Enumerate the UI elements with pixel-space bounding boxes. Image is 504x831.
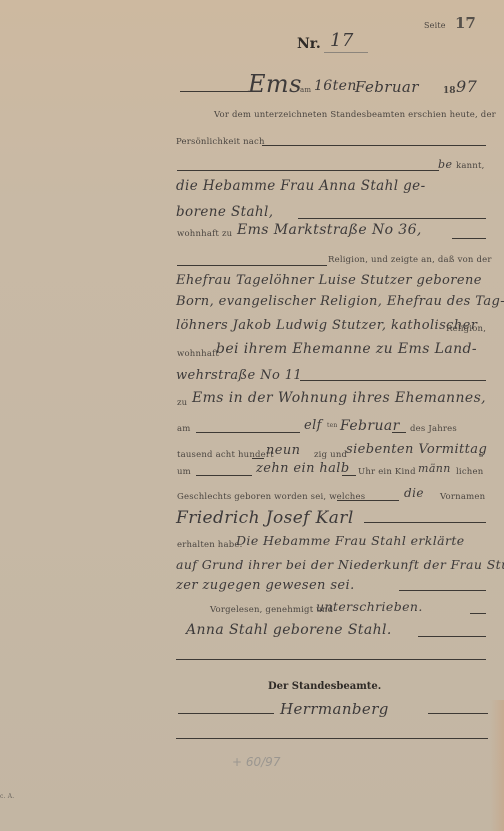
approval-fill-line: [470, 613, 486, 614]
date-month: Februar: [355, 78, 419, 96]
gender-hand: männ: [418, 462, 451, 475]
birthplace-label: zu: [177, 398, 187, 408]
names-hand: die: [404, 486, 424, 500]
informant-line-fill: [298, 218, 486, 219]
year-suffix: s: [479, 450, 484, 460]
mother-line-2: Born, evangelischer Religion, Ehefrau de…: [176, 294, 504, 309]
date-day-value: elf: [304, 418, 322, 433]
remark-line-3: zer zugegen gewesen sei.: [176, 578, 355, 593]
residence-line-fill: [452, 238, 486, 239]
informant-line-1: die Hebamme Frau Anna Stahl ge-: [176, 178, 426, 194]
birthplace-value: Ems in der Wohnung ihres Ehemannes,: [192, 390, 486, 406]
religion-label-2: Religion,: [446, 324, 486, 334]
mother-residence-line-2: wehrstraße No 11: [176, 368, 302, 383]
residence-value: Ems Marktstraße No 36,: [237, 222, 422, 238]
paper-edge-stain: [490, 700, 504, 831]
child-label: Uhr ein Kind: [358, 467, 416, 477]
residence-label: wohnhaft zu: [177, 229, 232, 239]
gender-suffix: lichen: [456, 467, 483, 477]
religion-label: Religion, und zeigte an, daß von der: [328, 255, 492, 265]
entry-label: Nr.: [297, 36, 321, 52]
mother-residence-line-fill: [300, 380, 486, 381]
remark-fill-line: [399, 590, 486, 591]
child-names: Friedrich Josef Karl: [176, 508, 354, 528]
names-label: Vornamen: [440, 492, 485, 502]
official-signature-fill-line: [428, 713, 488, 714]
date-label: am: [177, 424, 191, 434]
official-signature-lead-line: [178, 713, 274, 714]
identity-label: Persönlichkeit nach: [176, 137, 265, 147]
year-handwritten: 97: [456, 77, 477, 96]
date-month-value: Februar: [340, 418, 400, 434]
place: Ems: [248, 70, 302, 98]
remark-line-2: auf Grund ihrer bei der Niederkunft der …: [176, 557, 504, 572]
religion-line: [177, 265, 327, 266]
year-hand-1: neun: [266, 443, 300, 458]
identity-line: [262, 145, 486, 146]
form-closing-rule: [176, 659, 486, 660]
mother-residence-line-1: bei ihrem Ehemanne zu Ems Land-: [216, 341, 477, 357]
year-label: des Jahres: [410, 424, 457, 434]
footer-bottom-rule: [176, 738, 488, 739]
time-value: zehn ein halb: [256, 461, 350, 476]
mother-line-1: Ehefrau Tagelöhner Luise Stutzer geboren…: [176, 273, 482, 288]
informant-signature: Anna Stahl geborene Stahl.: [186, 622, 392, 638]
approval-hand: unterschrieben.: [316, 599, 423, 614]
approval-label: Vorgelesen, genehmigt und: [210, 605, 333, 615]
child-names-fill: [364, 522, 486, 523]
date-line: [196, 432, 300, 433]
pencil-note: + 60/97: [232, 755, 280, 769]
margin-mark: c. A.: [0, 793, 14, 800]
time-lead-line: [196, 475, 252, 476]
identity-suffix-print: kannt,: [456, 161, 485, 171]
official-signature: Herrmanberg: [280, 700, 389, 718]
intro-text: Vor dem unterzeichneten Standesbeamten e…: [214, 110, 496, 120]
page-number: 17: [455, 14, 476, 32]
informant-line-2: borene Stahl,: [176, 204, 273, 220]
date-prefix: am: [300, 86, 311, 94]
year-printed: 18: [443, 86, 456, 96]
page-label: Seite: [424, 21, 446, 30]
date-day: 16ten: [314, 78, 357, 94]
received-label: erhalten habe.: [177, 540, 243, 550]
entry-number-line: [324, 52, 368, 53]
mother-residence-label: wohnhaft: [177, 349, 219, 359]
year-mid: zig und: [314, 450, 347, 460]
time-fill-line: [342, 475, 356, 476]
remark-line-1: Die Hebamme Frau Stahl erklärte: [236, 533, 465, 548]
names-lead-line: [337, 500, 399, 501]
year-lead-line: [252, 458, 264, 459]
date-month-fill: [392, 432, 406, 433]
entry-number: 17: [330, 30, 354, 51]
time-label: um: [177, 467, 191, 477]
informant-signature-fill: [418, 636, 486, 637]
date-day-suffix: ten: [327, 422, 337, 429]
identity-line-2: [177, 170, 439, 171]
identity-suffix-hand: be: [438, 158, 452, 171]
official-label: Der Standesbeamte.: [268, 681, 381, 692]
mother-line-3: löhners Jakob Ludwig Stutzer, katholisch…: [176, 318, 477, 333]
year-hand-2: siebenten Vormittag: [346, 442, 487, 457]
place-lead-line: [180, 91, 252, 92]
